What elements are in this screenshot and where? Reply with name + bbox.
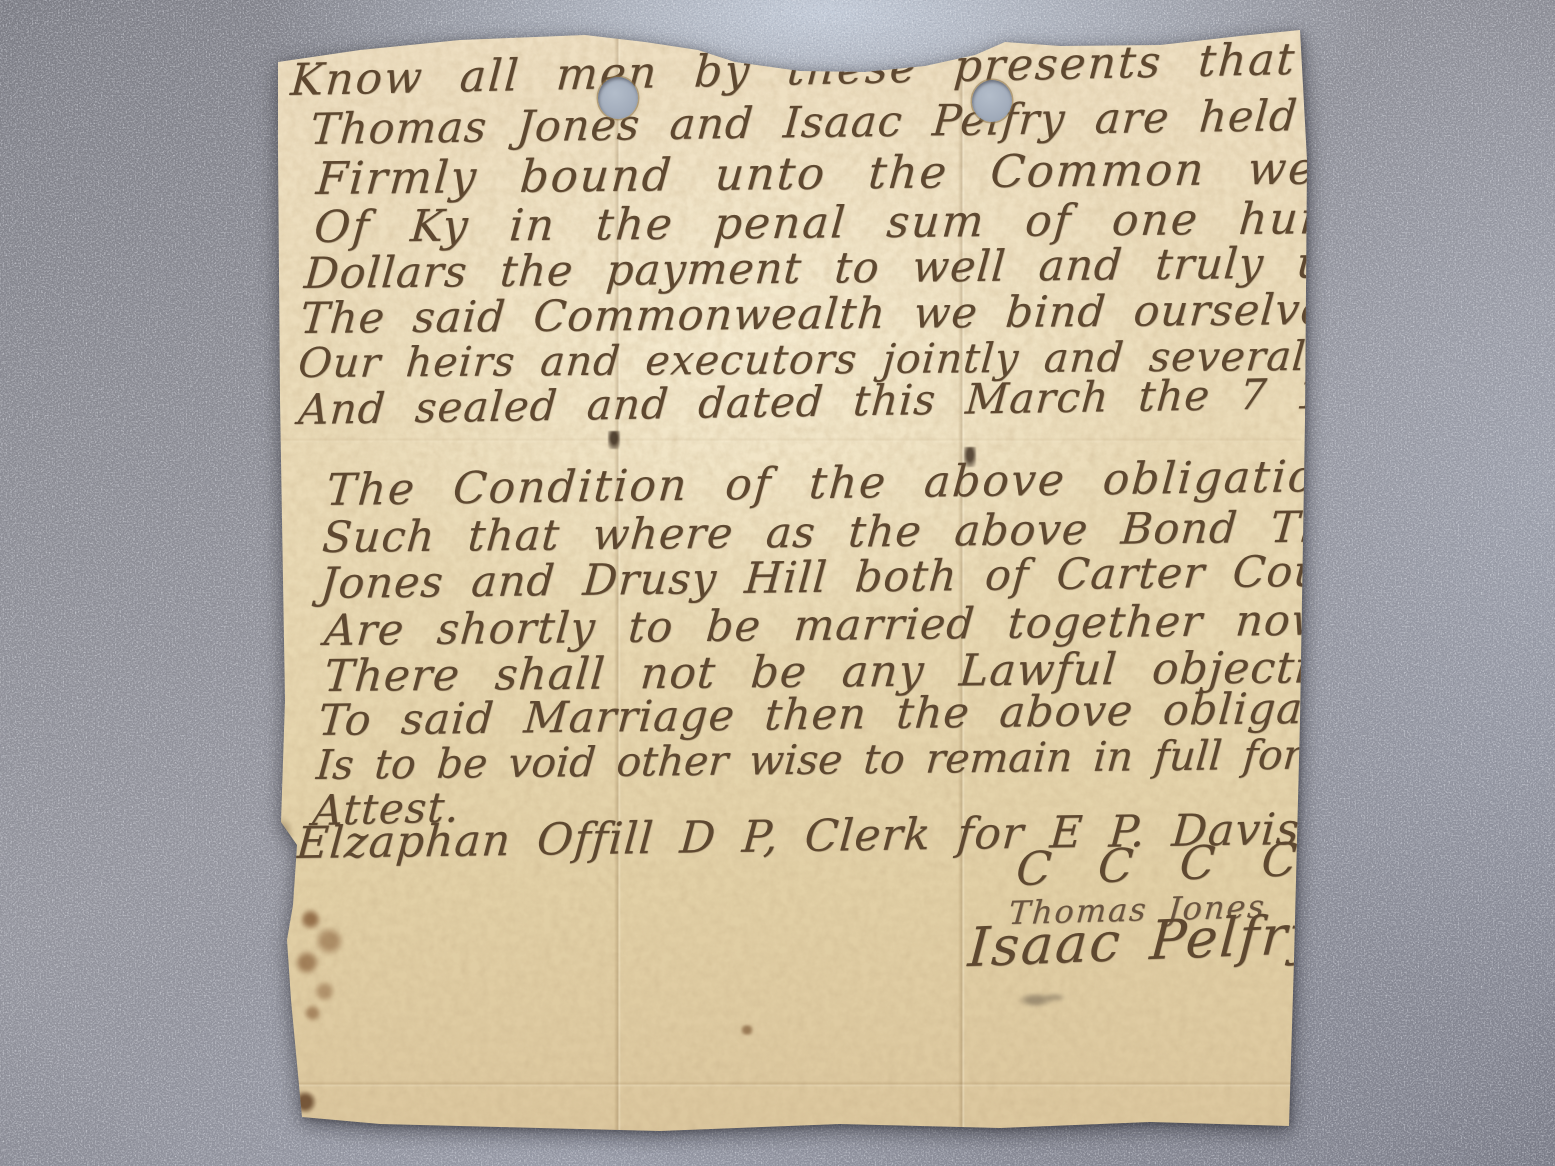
smudge-below-signature	[1014, 987, 1068, 1013]
clerk-initials: C C C C	[1015, 836, 1315, 892]
stain-bottom-left	[292, 1091, 318, 1113]
spot-bottom-middle	[740, 1025, 754, 1035]
photo-of-document-on-speckled-surface: Know all men by these presents that we T…	[0, 0, 1555, 1166]
document-paper: Know all men by these presents that we T…	[270, 25, 1315, 1135]
left-edge-tear-shadow	[278, 815, 294, 851]
horizontal-crease-bottom	[280, 1081, 1301, 1087]
punch-hole-left	[598, 77, 638, 119]
horizontal-crease-middle	[280, 437, 1301, 443]
stain-left-edge	[286, 905, 356, 1025]
doc-line-3: Firmly bound unto the Common wealth	[315, 145, 1415, 202]
paper-sheet: Know all men by these presents that we T…	[270, 25, 1315, 1135]
signature-isaac-pelfry: Isaac Pelfry	[966, 907, 1323, 975]
doc-line-15: Is to be void other wise to remain in fu…	[315, 734, 1351, 786]
